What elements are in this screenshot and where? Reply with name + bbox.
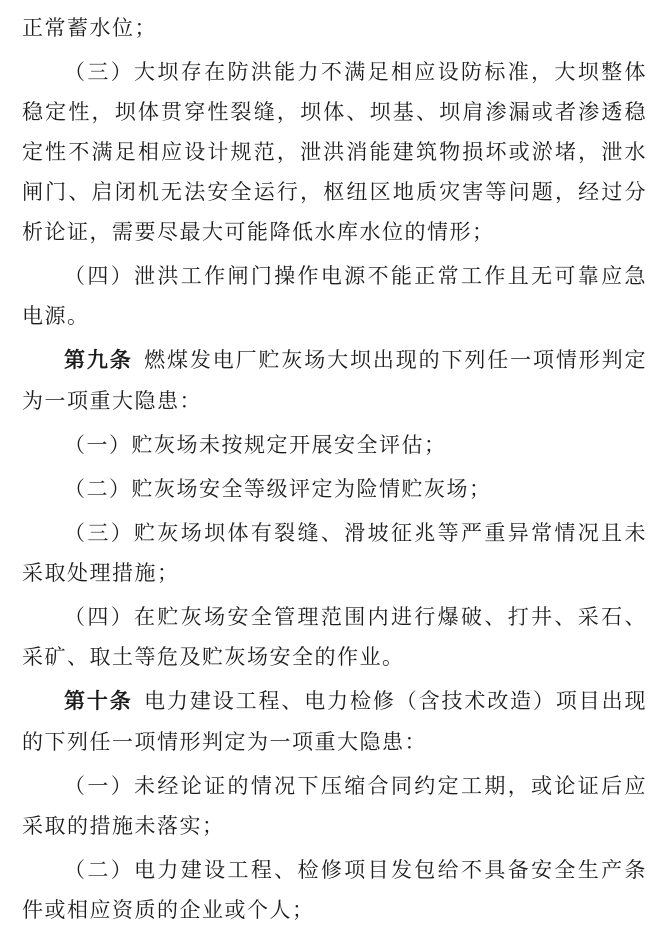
paragraph: （一）贮灰场未按规定开展安全评估； [22, 425, 647, 465]
paragraph: （四）在贮灰场安全管理范围内进行爆破、打井、采石、采矿、取土等危及贮灰场安全的作… [22, 597, 647, 677]
paragraph: 第十条电力建设工程、电力检修（含技术改造）项目出现的下列任一项情形判定为一项重大… [22, 681, 647, 762]
document-page: 正常蓄水位；（三）大坝存在防洪能力不满足相应设防标准，大坝整体稳定性，坝体贯穿性… [0, 0, 671, 930]
article-number: 第九条 [64, 349, 133, 372]
paragraph: （一）未经论证的情况下压缩合同约定工期，或论证后应采取的措施未落实； [22, 766, 647, 846]
paragraph: （三）贮灰场坝体有裂缝、滑坡征兆等严重异常情况且未采取处理措施； [22, 513, 647, 593]
paragraph: （四）泄洪工作闸门操作电源不能正常工作且无可靠应急电源。 [22, 256, 647, 336]
article-number: 第十条 [64, 690, 133, 713]
paragraph: 第九条燃煤发电厂贮灰场大坝出现的下列任一项情形判定为一项重大隐患： [22, 340, 647, 421]
paragraph: （二）电力建设工程、检修项目发包给不具备安全生产条件或相应资质的企业或个人； [22, 850, 647, 930]
paragraph: （二）贮灰场安全等级评定为险情贮灰场； [22, 469, 647, 509]
paragraph: 正常蓄水位； [22, 8, 647, 48]
paragraph: （三）大坝存在防洪能力不满足相应设防标准，大坝整体稳定性，坝体贯穿性裂缝，坝体、… [22, 52, 647, 252]
document-body: 正常蓄水位；（三）大坝存在防洪能力不满足相应设防标准，大坝整体稳定性，坝体贯穿性… [22, 8, 647, 930]
